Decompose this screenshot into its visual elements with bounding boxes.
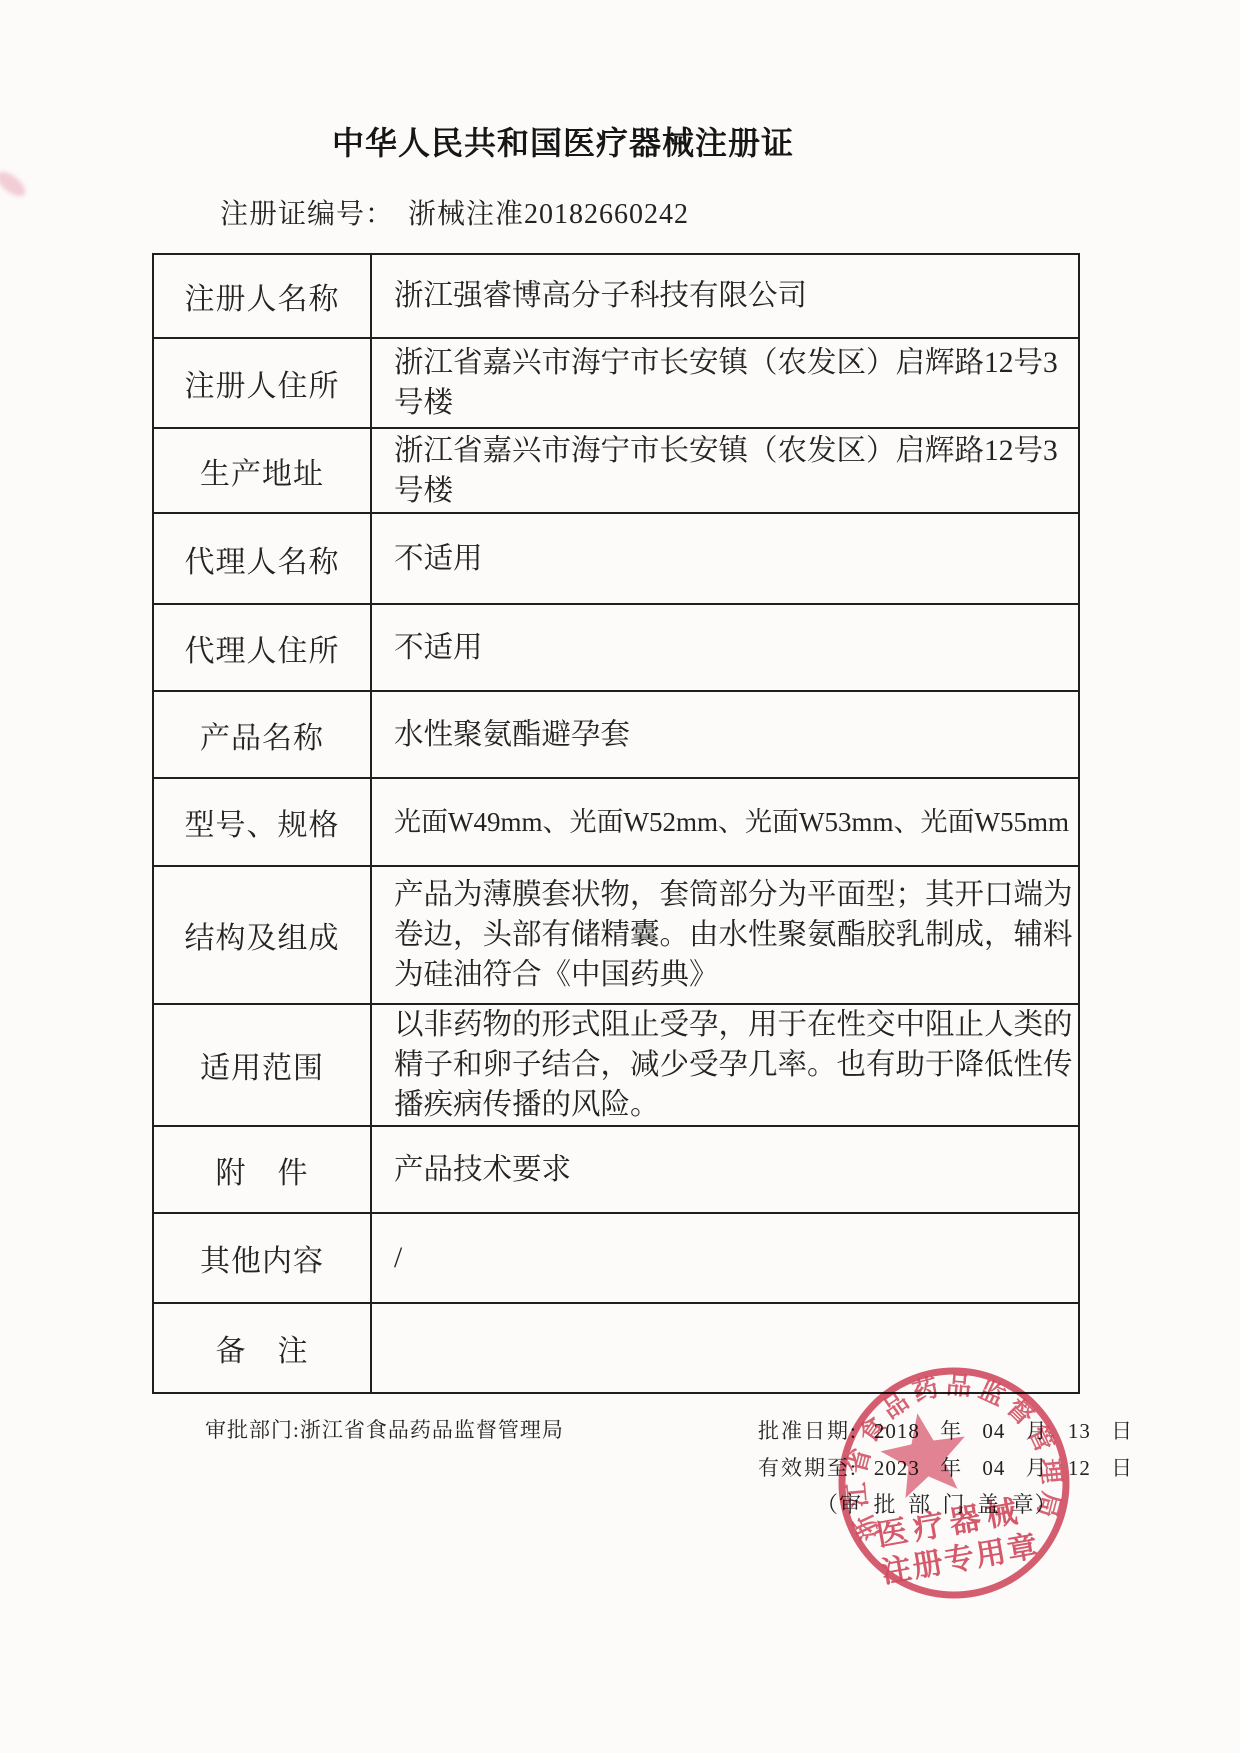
row-label: 备 注 <box>154 1304 372 1392</box>
cert-number-line: 注册证编号：浙械注准20182660242 <box>220 192 689 232</box>
row-label: 注册人住所 <box>154 339 372 427</box>
row-value: 不适用 <box>372 514 1078 603</box>
cert-number-value: 浙械注准20182660242 <box>408 199 689 230</box>
row-label: 其他内容 <box>154 1214 372 1302</box>
certificate-page: 中华人民共和国医疗器械注册证 注册证编号：浙械注准20182660242 注册人… <box>0 0 1240 1753</box>
row-label: 型号、规格 <box>154 779 372 865</box>
row-label: 附 件 <box>154 1127 372 1212</box>
page-title: 中华人民共和国医疗器械注册证 <box>0 118 1183 164</box>
row-label: 注册人名称 <box>154 255 372 337</box>
table-row: 结构及组成产品为薄膜套状物，套筒部分为平面型；其开口端为卷边，头部有储精囊。由水… <box>154 867 1078 1005</box>
row-value: / <box>372 1214 1078 1302</box>
table-row: 代理人住所不适用 <box>154 605 1078 692</box>
row-value: 产品为薄膜套状物，套筒部分为平面型；其开口端为卷边，头部有储精囊。由水性聚氨酯胶… <box>372 867 1078 1003</box>
row-value: 不适用 <box>372 605 1078 690</box>
table-row: 注册人住所浙江省嘉兴市海宁市长安镇（农发区）启辉路12号3号楼 <box>154 339 1078 429</box>
approval-department: 审批部门:浙江省食品药品监督管理局 <box>205 1414 564 1444</box>
table-row: 生产地址浙江省嘉兴市海宁市长安镇（农发区）启辉路12号3号楼 <box>154 429 1078 514</box>
registration-table: 注册人名称浙江强睿博高分子科技有限公司注册人住所浙江省嘉兴市海宁市长安镇（农发区… <box>152 253 1080 1394</box>
table-row: 其他内容/ <box>154 1214 1078 1304</box>
row-value: 浙江省嘉兴市海宁市长安镇（农发区）启辉路12号3号楼 <box>372 339 1078 427</box>
row-label: 代理人住所 <box>154 605 372 690</box>
table-row: 产品名称水性聚氨酯避孕套 <box>154 692 1078 779</box>
row-value: 浙江强睿博高分子科技有限公司 <box>372 255 1078 337</box>
row-label: 结构及组成 <box>154 867 372 1003</box>
row-value: 光面W49mm、光面W52mm、光面W53mm、光面W55mm <box>372 779 1078 865</box>
row-value: 浙江省嘉兴市海宁市长安镇（农发区）启辉路12号3号楼 <box>372 429 1078 512</box>
scan-artifact <box>0 167 29 201</box>
official-stamp: 浙江省食品药品监督管理局 医疗器械 注册专用章 <box>823 1350 1085 1622</box>
row-value: 以非药物的形式阻止受孕，用于在性交中阻止人类的精子和卵子结合，减少受孕几率。也有… <box>372 1005 1078 1125</box>
row-label: 产品名称 <box>154 692 372 777</box>
table-row: 代理人名称不适用 <box>154 514 1078 605</box>
table-row: 适用范围以非药物的形式阻止受孕，用于在性交中阻止人类的精子和卵子结合，减少受孕几… <box>154 1005 1078 1127</box>
table-row: 型号、规格光面W49mm、光面W52mm、光面W53mm、光面W55mm <box>154 779 1078 867</box>
table-row: 注册人名称浙江强睿博高分子科技有限公司 <box>154 255 1078 339</box>
cert-number-label: 注册证编号： <box>220 199 394 230</box>
table-row: 附 件产品技术要求 <box>154 1127 1078 1214</box>
row-label: 适用范围 <box>154 1005 372 1125</box>
row-value: 产品技术要求 <box>372 1127 1078 1212</box>
row-label: 代理人名称 <box>154 514 372 603</box>
row-value: 水性聚氨酯避孕套 <box>372 692 1078 777</box>
row-label: 生产地址 <box>154 429 372 512</box>
